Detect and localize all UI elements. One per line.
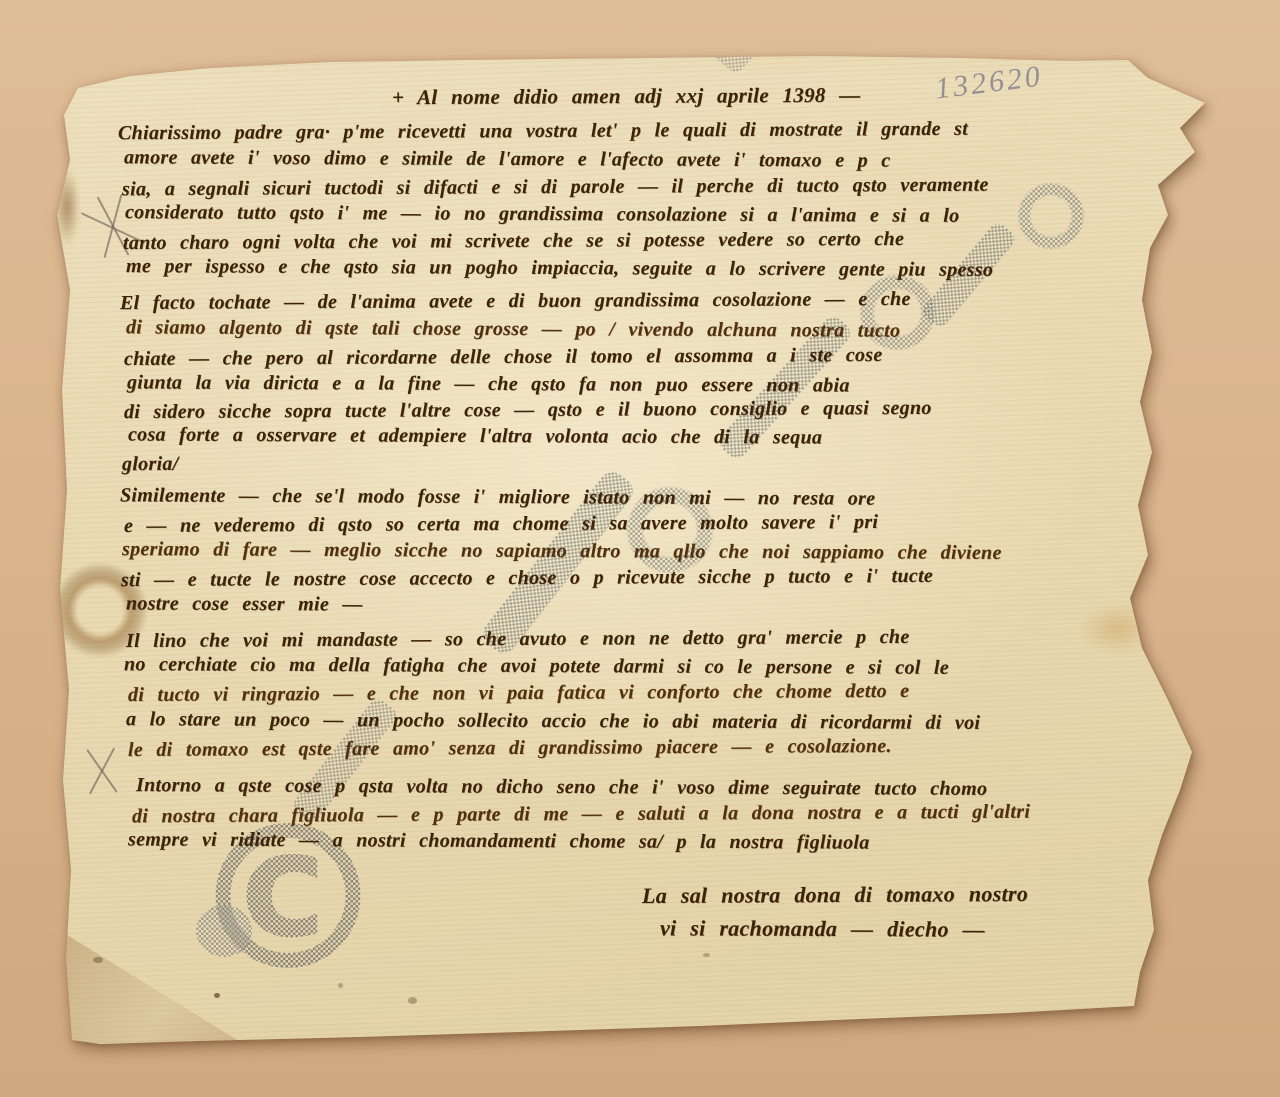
faint-stain — [1078, 602, 1156, 656]
manuscript-line: speriamo di fare — meglio sicche no sapi… — [122, 538, 1002, 565]
watermark-letterform — [196, 905, 252, 957]
manuscript-line: a lo stare un poco — un pocho sollecito … — [126, 708, 980, 735]
ink-speck — [93, 957, 103, 963]
closing-salutation-line: La sal nostra dona di tomaxo nostro — [642, 881, 1028, 909]
manuscript-line: giunta la via diricta e a la fine — che … — [127, 371, 850, 397]
manuscript-line: di tucto vi ringrazio — e che non vi pai… — [128, 680, 909, 707]
manuscript-line: tanto charo ogni volta che voi mi scrive… — [123, 228, 904, 255]
manuscript-line: e — ne vederemo di qsto so certa ma chom… — [124, 511, 878, 538]
manuscript-line: di nostra chara figliuola — e p parte di… — [132, 801, 1030, 829]
manuscript-line: sempre vi ridiate — a nostri chomandamen… — [128, 828, 870, 854]
closing-signature-line: vi si rachomanda — diecho — — [660, 915, 985, 942]
manuscript-line: gloria/ — [122, 453, 179, 476]
manuscript-line: di siamo algento di qste tali chose gros… — [126, 316, 900, 342]
manuscript-paper: © + Al nome didio amen adj xxj aprile 13… — [0, 0, 1280, 1097]
manuscript-line: sia, a segnali sicuri tuctodi si difacti… — [122, 174, 989, 202]
date-line: + Al nome didio amen adj xxj aprile 1398… — [392, 83, 861, 110]
watermark-letterform — [682, 0, 767, 76]
archive-number: 132620 — [933, 60, 1044, 107]
watermark-letterform — [1005, 170, 1097, 262]
ink-speck — [338, 983, 343, 988]
ink-speck — [408, 997, 417, 1004]
manuscript-line: Il lino che voi mi mandaste — so che avu… — [126, 626, 910, 653]
manuscript-line: nostre cose esser mie — — [126, 592, 363, 616]
manuscript-line: El facto tochate — de l'anima avete e di… — [120, 288, 911, 315]
scan-background: © + Al nome didio amen adj xxj aprile 13… — [0, 0, 1280, 1097]
ink-speck — [214, 993, 220, 998]
manuscript-line: di sidero sicche sopra tucte l'altre cos… — [124, 397, 932, 424]
paper-sheet: © + Al nome didio amen adj xxj aprile 13… — [0, 0, 1280, 1097]
manuscript-line: Similemente — che se'l modo fosse i' mig… — [120, 484, 875, 510]
manuscript-line: chiate — che pero al ricordarne delle ch… — [124, 344, 883, 371]
manuscript-line: cosa forte a osservare et adempiere l'al… — [128, 423, 822, 449]
manuscript-line: considerato tutto qsto i' me — io no gra… — [125, 201, 959, 228]
corner-fold-crease — [60, 925, 245, 1045]
manuscript-line: Chiarissimo padre gra· p'me ricevetti un… — [118, 118, 968, 145]
manuscript-line: Intorno a qste cose p qsta volta no dich… — [136, 774, 987, 801]
manuscript-line: sti — e tucte le nostre cose accecto e c… — [121, 565, 933, 592]
manuscript-line: me per ispesso e che qsto sia un pogho i… — [126, 255, 993, 282]
manuscript-line: no cerchiate cio ma della fatigha che av… — [124, 653, 949, 680]
ink-stain — [54, 168, 80, 246]
pencil-x-mark — [89, 748, 115, 795]
manuscript-line: amore avete i' voso dimo e simile de l'a… — [124, 146, 891, 172]
ink-speck — [703, 953, 710, 957]
manuscript-line: le di tomaxo est qste fare amo' senza di… — [128, 735, 892, 762]
